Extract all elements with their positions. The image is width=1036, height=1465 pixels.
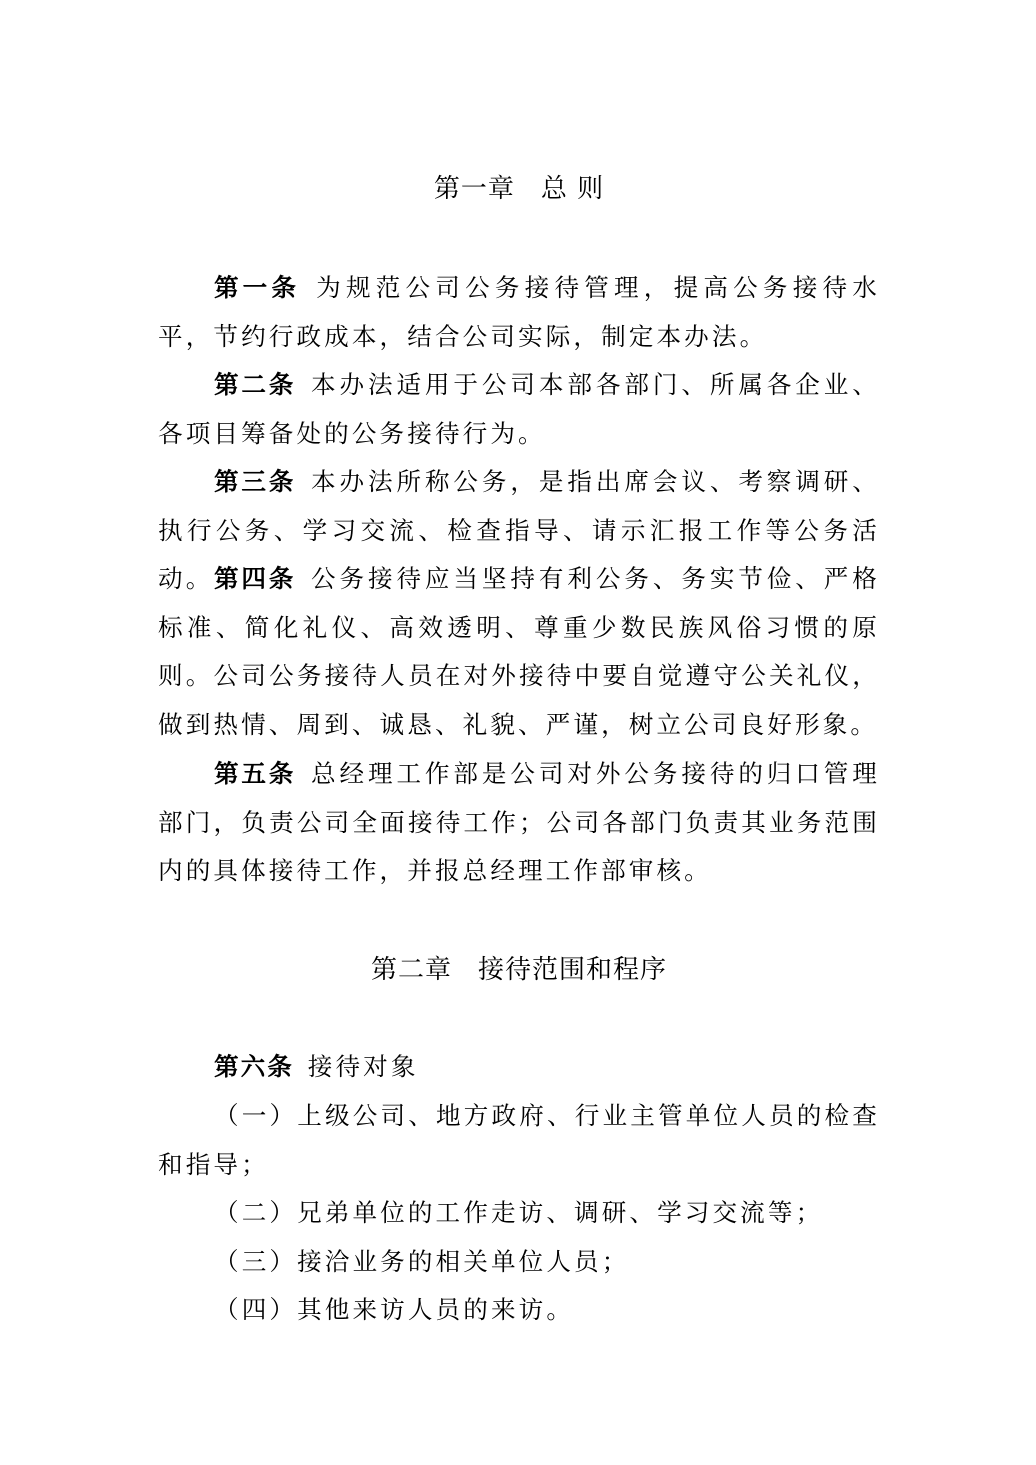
list-item-3: （三）接洽业务的相关单位人员；	[158, 1238, 880, 1287]
chapter-1-number: 第一章	[434, 174, 515, 204]
chapter-1-title: 第一章总 则	[158, 172, 880, 206]
article-4: 第四条公务接待应当坚持有利公务、务实节俭、严格标准、简化礼仪、高效透明、尊重少数…	[158, 555, 880, 749]
article-5: 第五条总经理工作部是公司对外公务接待的归口管理部门，负责公司全面接待工作；公司各…	[158, 750, 880, 896]
list-item-2: （二）兄弟单位的工作走访、调研、学习交流等；	[158, 1189, 880, 1238]
article-6-text: 接待对象	[308, 1052, 419, 1081]
article-3-label: 第三条	[214, 467, 296, 496]
chapter-2-title: 第二章接待范围和程序	[158, 953, 880, 987]
chapter-2-number: 第二章	[371, 955, 452, 985]
list-item-4: （四）其他来访人员的来访。	[158, 1286, 880, 1335]
article-1-label: 第一条	[214, 273, 300, 302]
article-6-label: 第六条	[214, 1052, 294, 1081]
chapter-1-name: 总 则	[541, 174, 604, 204]
article-1: 第一条为规范公司公务接待管理，提高公务接待水平，节约行政成本，结合公司实际，制定…	[158, 264, 880, 361]
article-2-label: 第二条	[214, 370, 296, 399]
article-5-label: 第五条	[214, 759, 296, 788]
article-4-label: 第四条	[214, 564, 296, 593]
list-item-1: （一）上级公司、地方政府、行业主管单位人员的检查和指导；	[158, 1092, 880, 1189]
chapter-2-name: 接待范围和程序	[478, 955, 667, 985]
article-2: 第二条本办法适用于公司本部各部门、所属各企业、各项目筹备处的公务接待行为。	[158, 361, 880, 458]
article-6: 第六条接待对象	[158, 1043, 880, 1092]
